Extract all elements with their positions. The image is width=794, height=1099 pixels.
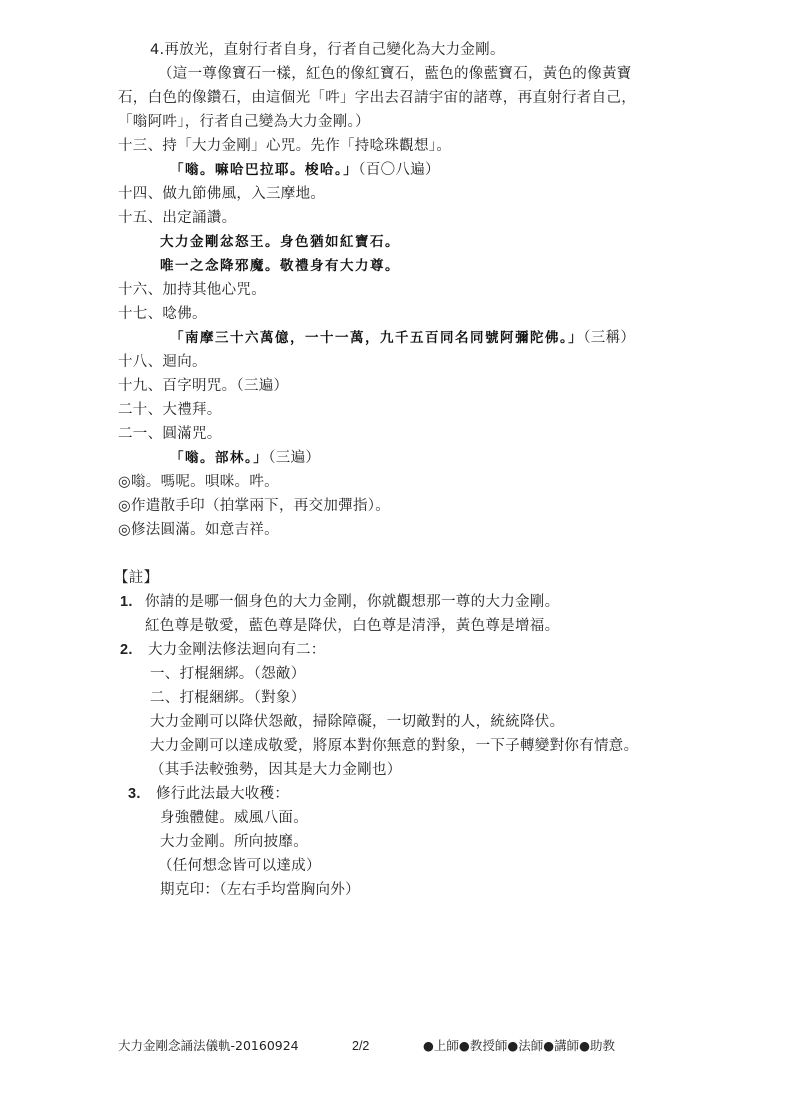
note-number: 1. [120, 593, 133, 611]
note-text: 修行此法最大收穫： [156, 785, 289, 803]
paragraph-line: 「嗡阿吽」，行者自己變為大力金剛。） [118, 113, 370, 131]
step-4-text: 4.再放光，直射行者自身，行者自己變化為大力金剛。 [150, 41, 505, 59]
completion-mantra-line: 「嗡。部林。」（三遍） [170, 449, 320, 467]
step-14-heading: 十四、做九節佛風，入三摩地。 [118, 185, 325, 203]
step-20-heading: 二十、大禮拜。 [118, 401, 222, 419]
praise-verse: 大力金剛忿怒王。身色猶如紅寶石。 [160, 233, 400, 251]
mantra-count: （百〇八遍） [358, 162, 440, 178]
step-13-heading: 十三、持「大力金剛」心咒。先作「持唸珠觀想」。 [118, 137, 451, 155]
paragraph-line: 石，白色的像鑽石，由這個光「吽」字出去召請宇宙的諸尊，再直射行者自己， [118, 89, 636, 107]
note-subline: 大力金剛。所向披靡。 [160, 833, 308, 851]
note-subline: （任何想念皆可以達成） [158, 857, 321, 875]
footer-roles: ●上師●教授師●法師●講師●助教 [423, 1038, 615, 1054]
mantra-text: 「嗡。嘛哈巴拉耶。梭哈。」 [170, 162, 358, 178]
closing-line: ◎作遣散手印（拍掌兩下，再交加彈指）。 [118, 497, 390, 515]
notes-heading: 【註】 [114, 569, 158, 587]
step-17-heading: 十七、唸佛。 [118, 305, 207, 323]
buddha-name-count: （三稱） [583, 330, 635, 346]
note-subline: 大力金剛可以達成敬愛，將原本對你無意的對象，一下子轉變對你有情意。 [150, 737, 638, 755]
buddha-name-line: 「南摩三十六萬億，一十一萬，九千五百同名同號阿彌陀佛。」（三稱） [170, 329, 635, 347]
note-subline: （其手法較強勢，因其是大力金剛也） [150, 761, 402, 779]
note-text: 大力金剛法修法迴向有二： [148, 641, 326, 659]
note-subline: 身強體健。威風八面。 [160, 809, 308, 827]
note-text: 你請的是哪一個身色的大力金剛，你就觀想那一尊的大力金剛。 [145, 593, 559, 611]
step-16-heading: 十六、加持其他心咒。 [118, 281, 266, 299]
buddha-name-text: 「南摩三十六萬億，一十一萬，九千五百同名同號阿彌陀佛。」 [170, 330, 583, 346]
note-subline: 紅色尊是敬愛，藍色尊是降伏，白色尊是清淨，黃色尊是增福。 [145, 617, 559, 635]
note-subline: 大力金剛可以降伏怨敵，掃除障礙，一切敵對的人，統統降伏。 [150, 713, 564, 731]
praise-verse: 唯一之念降邪魔。敬禮身有大力尊。 [160, 257, 400, 275]
note-subline: 一、打棍綑綁。（怨敵） [150, 665, 306, 683]
note-subline: 期克印：（左右手均當胸向外） [160, 881, 360, 899]
note-number: 2. [120, 641, 133, 659]
footer-page-number: 2/2 [352, 1038, 369, 1054]
mantra-line: 「嗡。嘛哈巴拉耶。梭哈。」（百〇八遍） [170, 161, 440, 179]
note-subline: 二、打棍綑綁。（對象） [150, 689, 306, 707]
step-21-heading: 二一、圓滿咒。 [118, 425, 222, 443]
note-number: 3. [128, 785, 141, 803]
step-18-heading: 十八、迴向。 [118, 353, 207, 371]
completion-mantra-count: （三遍） [268, 450, 320, 466]
step-15-heading: 十五、出定誦讚。 [118, 209, 236, 227]
footer-document-title: 大力金剛念誦法儀軌-20160924 [118, 1038, 299, 1054]
paragraph-line: （這一尊像寶石一樣，紅色的像紅寶石，藍色的像藍寶石，黃色的像黃寶 [158, 65, 632, 83]
closing-line: ◎修法圓滿。如意吉祥。 [118, 521, 279, 539]
step-19-heading: 十九、百字明咒。（三遍） [118, 377, 288, 395]
completion-mantra-text: 「嗡。部林。」 [170, 450, 268, 466]
closing-line: ◎嗡。嗎呢。唄咪。吽。 [118, 473, 279, 491]
